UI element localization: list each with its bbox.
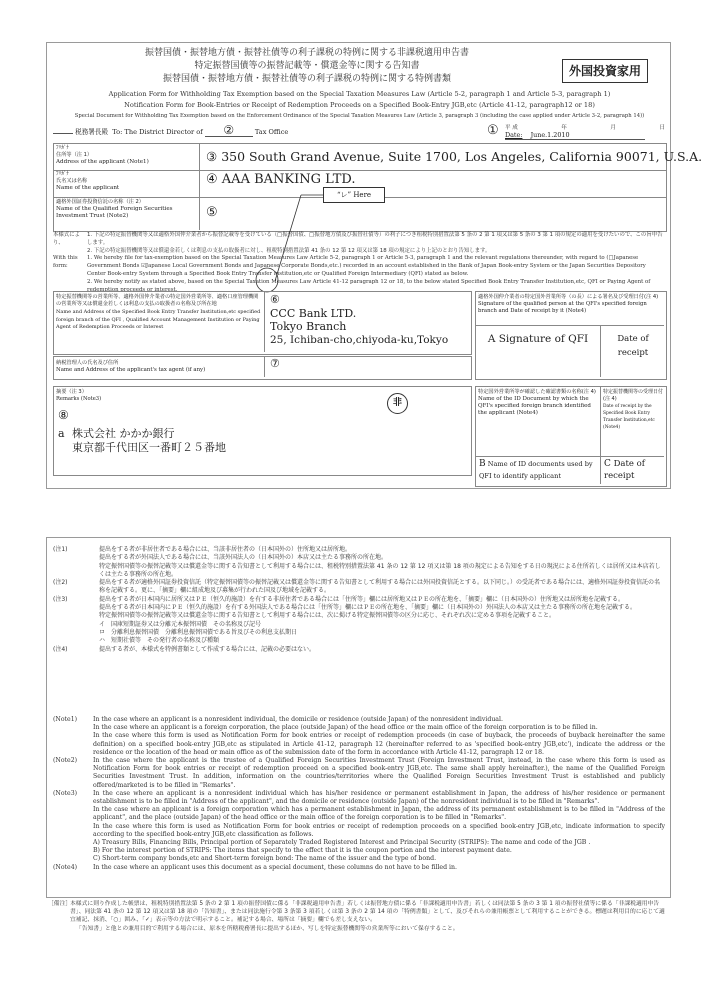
receipt-date-value: Date of receipt — [604, 459, 645, 481]
note-en-3: (Note3) In the case where an applicant i… — [53, 790, 665, 864]
qfi-signature-label: 適格外国仲介業者の特定国外営業所等（の長）による署名及び受理日付(注 4) Si… — [478, 294, 662, 315]
note-jp-4: (注4) 提出する者が、本様式を特例書類として作成する場合には、記載の必要はない… — [53, 646, 663, 654]
trust-label-en: Name of the Qualified Foreign Securities… — [56, 206, 198, 220]
qfi-date-field[interactable]: Date of receipt — [604, 332, 662, 360]
furigana-label: ﾌﾘｶﾞﾅ — [56, 171, 196, 178]
tax-agent-field[interactable]: ⑦ — [270, 357, 465, 377]
qfi-signature-field[interactable]: A Signature of QFI — [478, 332, 598, 346]
field-marker-7: ⑦ — [270, 357, 280, 370]
remarks-field[interactable]: ⑧ a 株式会社 かかか銀行 東京都千代田区一番町２５番地 — [58, 407, 458, 455]
receipt-date-label-jp: 特定振替機関等の受理日付(注 4) — [603, 389, 663, 403]
id-document-label: 特定国外営業所等が確認した確認書類の名称(注 4) Name of the ID… — [478, 389, 598, 417]
date-field[interactable]: Date: June.1.2010 — [505, 131, 645, 140]
trust-label-jp: 適格外国証券投資信託の名称（注 2） — [56, 199, 198, 206]
note-en-text: In the case where an applicant is a nonr… — [93, 716, 665, 757]
declaration-en-item-1: 1. We hereby file for tax-exemption base… — [87, 255, 665, 278]
note-jp-label: (注4) — [53, 646, 99, 654]
notes-jp: (注1) 提出をする者が非居住者である場合には、当該非居住者の（日本国外の）住所… — [53, 546, 663, 654]
note-jp-2: (注2) 提出をする者が適格外国証券投資信託（特定振替国債等の振替記載又は償還金… — [53, 579, 663, 596]
field-marker-3: ③ — [206, 149, 217, 164]
institution-line-1: CCC Bank LTD. — [270, 307, 470, 321]
institution-field[interactable]: ⑥ CCC Bank LTD. Tokyo Branch 25, Ichiban… — [270, 293, 470, 347]
id-document-label-jp: 特定国外営業所等が確認した確認書類の名称(注 4) — [478, 389, 598, 396]
name-label-en: Name of the applicant — [56, 185, 196, 192]
institution-label: 特定振替機関等の営業所等、適格外国仲介業者の特定国外営業所等、適格口座管理機関の… — [56, 294, 261, 332]
address-field[interactable]: ③ 350 South Grand Avenue, Suite 1700, Lo… — [206, 147, 661, 167]
remarks-label: 摘要（注 3） Remarks (Note3) — [56, 389, 206, 403]
remarks-label-jp: 摘要（注 3） — [56, 389, 206, 396]
name-label-jp: 氏名又は名称 — [56, 178, 196, 185]
footer-note-label: ［備注］ — [48, 900, 70, 925]
applicant-name-field[interactable]: ④ AAA BANKING LTD. — [206, 170, 661, 190]
note-jp-text: 提出をする者が適格外国証券投資信託（特定振替国債等の振替記載又は償還金等に関する… — [99, 579, 663, 596]
note-en-label: (Note1) — [53, 716, 93, 757]
remarks-line-2: 東京都千代田区一番町２５番地 — [72, 441, 226, 455]
name-label: ﾌﾘｶﾞﾅ 氏名又は名称 Name of the applicant — [56, 171, 196, 192]
note-en-label: (Note2) — [53, 757, 93, 790]
address-row: ﾌﾘｶﾞﾅ 住所等（注 1） Address of the applicant … — [54, 144, 666, 171]
tax-agent-box: 納税管理人の氏名及び住所 Name and Address of the app… — [53, 356, 472, 380]
tax-office-label: Tax Office — [255, 128, 288, 136]
footer-note: ［備注］ 本様式に則り作成した帳票は、租税特別措置法第 5 条の 2 第 1 項… — [48, 900, 668, 933]
title-jp-1: 振替国債・振替地方債・振替社債等の利子課税の特例に関する非課税適用申告書 — [107, 47, 507, 60]
era-row: 平 成 年 月 日 — [505, 123, 665, 131]
remarks-label-en: Remarks (Note3) — [56, 396, 206, 403]
title-jp-3: 振替国債・振替地方債・振替社債等の利子課税の特例に関する特例書類 — [107, 73, 507, 86]
note-en-4: (Note4) In the case where an applicant u… — [53, 864, 665, 872]
address-label-jp: 住所等（注 1） — [56, 152, 196, 159]
date-marker: ① — [487, 123, 499, 138]
note-jp-text: 提出をする者が日本国内に居所又はＰＥ（恒久的施設）を有する非居住者である場合には… — [99, 596, 663, 646]
title-jp-2: 特定振替国債等の振替記載等・償還金等に関する告知書 — [107, 60, 507, 73]
date-block: ① 平 成 年 月 日 Date: June.1.2010 — [487, 123, 667, 141]
qfi-signature-text: A Signature of QFI — [488, 333, 588, 345]
note-jp-text: 提出をする者が非居住者である場合には、当該非居住者の（日本国外の）住所地又は居所… — [99, 546, 663, 579]
id-document-prefix: B — [479, 459, 486, 469]
address-label-en: Address of the applicant (Note1) — [56, 159, 196, 166]
institution-line-3: 25, Ichiban-cho,chiyoda-ku,Tokyo — [270, 334, 470, 348]
id-document-label-en: Name of the ID Document by which the QFI… — [478, 396, 598, 417]
declaration-en-1: With this form: 1. We hereby file for ta… — [53, 255, 665, 278]
receipt-date-field[interactable]: C Date of receipt — [604, 458, 664, 482]
application-form: 振替国債・振替地方債・振替社債等の利子課税の特例に関する非課税適用申告書 特定振… — [46, 42, 671, 489]
date-label: Date: — [505, 131, 522, 139]
id-document-field[interactable]: B Name of ID documents used by QFI to id… — [479, 458, 599, 482]
era-label: 平 成 — [505, 123, 518, 131]
remarks-line-1: 株式会社 かかか銀行 — [72, 427, 226, 441]
receipt-date-label: 特定振替機関等の受理日付(注 4) Date of receipt by the… — [603, 389, 663, 431]
month-label: 月 — [610, 123, 616, 131]
to-jp: 税務署長殿 — [75, 128, 108, 136]
field-marker-4: ④ — [206, 172, 218, 187]
note-en-text: In the case where the applicant is the t… — [93, 757, 665, 790]
note-jp-label: (注2) — [53, 579, 99, 596]
institution-box: 特定振替機関等の営業所等、適格外国仲介業者の特定国外営業所等、適格口座管理機関の… — [53, 291, 472, 355]
note-en-2: (Note2) In the case where the applicant … — [53, 757, 665, 790]
trust-label: 適格外国証券投資信託の名称（注 2） Name of the Qualified… — [56, 199, 198, 220]
declaration-jp-1: 本様式により、 1. 下記の特定振替機関等又は適格外国仲介業者から振替記載等を受… — [53, 232, 665, 248]
tax-agent-label-en: Name and Address of the applicant's tax … — [56, 367, 261, 374]
declaration-en-intro: With this form: — [53, 255, 87, 278]
qfi-date-text: Date of receipt — [617, 334, 648, 358]
year-label: 年 — [561, 123, 567, 131]
tax-agent-label: 納税管理人の氏名及び住所 Name and Address of the app… — [56, 360, 261, 374]
title-en-2: Notification Form for Book-Entries or Re… — [47, 100, 672, 111]
note-jp-3: (注3) 提出をする者が日本国内に居所又はＰＥ（恒久的施設）を有する非居住者であ… — [53, 596, 663, 646]
notes-en: (Note1) In the case where an applicant i… — [53, 716, 665, 872]
title-en-block: Application Form for Withholding Tax Exe… — [47, 89, 672, 122]
remarks-content: a 株式会社 かかか銀行 東京都千代田区一番町２５番地 — [58, 427, 458, 455]
note-en-text: In the case where an applicant is a nonr… — [93, 790, 665, 864]
id-receipt-box: 特定国外営業所等が確認した確認書類の名称(注 4) Name of the ID… — [475, 386, 667, 487]
field-marker-8: ⑧ — [58, 407, 458, 423]
address-label: ﾌﾘｶﾞﾅ 住所等（注 1） Address of the applicant … — [56, 145, 196, 166]
tax-agent-label-jp: 納税管理人の氏名及び住所 — [56, 360, 261, 367]
remarks-prefix: a — [58, 427, 72, 455]
note-en-text: In the case where an applicant uses this… — [93, 864, 665, 872]
furigana-label: ﾌﾘｶﾞﾅ — [56, 145, 196, 152]
qfi-signature-box: 適格外国仲介業者の特定国外営業所等（の長）による署名及び受理日付(注 4) Si… — [475, 291, 667, 380]
qfi-signature-label-en: Signature of the qualified person at the… — [478, 301, 662, 315]
remarks-box: 摘要（注 3） Remarks (Note3) 非 ⑧ a 株式会社 かかか銀行… — [53, 386, 472, 476]
footer-note-main: ［備注］ 本様式に則り作成した帳票は、租税特別措置法第 5 条の 2 第 1 項… — [48, 900, 668, 925]
receipt-date-label-en: Date of receipt by the Specified Book En… — [603, 403, 663, 431]
institution-label-jp: 特定振替機関等の営業所等、適格外国仲介業者の特定国外営業所等、適格口座管理機関の… — [56, 294, 261, 308]
footer-note-text-2: 「告知書」と他との兼用目的で利用する場合には、原本を所轄税務署長に提出するほか、… — [48, 925, 668, 933]
declaration-jp-intro: 本様式により、 — [53, 232, 87, 248]
date-value: June.1.2010 — [531, 131, 570, 139]
note-en-label: (Note3) — [53, 790, 93, 864]
declaration: 本様式により、 1. 下記の特定振替機関等又は適格外国仲介業者から振替記載等を受… — [53, 232, 665, 294]
note-jp-label: (注1) — [53, 546, 99, 579]
check-here-callout: “レ” Here — [323, 187, 385, 203]
declaration-jp-item-1: 1. 下記の特定振替機関等又は適格外国仲介業者から振替記載等を受けている（□振替… — [87, 232, 665, 248]
note-en-label: (Note4) — [53, 864, 93, 872]
title-en-1: Application Form for Withholding Tax Exe… — [47, 89, 672, 100]
receipt-date-prefix: C — [604, 459, 611, 469]
title-en-3: Special Document for Withholding Tax Exe… — [47, 111, 672, 122]
footer-note-text: 本様式に則り作成した帳票は、租税特別措置法第 5 条の 2 第 1 項の振替国債… — [70, 900, 668, 925]
notes-box: (注1) 提出をする者が非居住者である場合には、当該非居住者の（日本国外の）住所… — [46, 537, 671, 898]
day-label: 日 — [659, 123, 665, 131]
id-document-value: Name of ID documents used by QFI to iden… — [479, 460, 593, 480]
foreign-investor-badge: 外国投資家用 — [562, 59, 648, 83]
institution-line-2: Tokyo Branch — [270, 320, 470, 334]
field-marker-5: ⑤ — [206, 205, 218, 220]
field-marker-6: ⑥ — [270, 293, 470, 307]
addressee-line: 税務署長殿 To: The District Director of ② Tax… — [53, 123, 353, 139]
qfi-signature-label-jp: 適格外国仲介業者の特定国外営業所等（の長）による署名及び受理日付(注 4) — [478, 294, 662, 301]
applicant-name-value: AAA BANKING LTD. — [222, 172, 356, 187]
tax-office-marker: ② — [223, 123, 234, 137]
tax-office-field[interactable]: ② — [205, 124, 253, 137]
note-jp-label: (注3) — [53, 596, 99, 646]
to-en: To: The District Director of — [112, 128, 202, 136]
note-en-1: (Note1) In the case where an applicant i… — [53, 716, 665, 757]
note-jp-1: (注1) 提出をする者が非居住者である場合には、当該非居住者の（日本国外の）住所… — [53, 546, 663, 579]
institution-label-en: Name and Address of the Specified Book E… — [56, 309, 261, 332]
note-jp-text: 提出する者が、本様式を特例書類として作成する場合には、記載の必要はない。 — [99, 646, 663, 654]
address-value: 350 South Grand Avenue, Suite 1700, Los … — [221, 149, 702, 164]
title-jp-block: 振替国債・振替地方債・振替社債等の利子課税の特例に関する非課税適用申告書 特定振… — [107, 47, 507, 86]
